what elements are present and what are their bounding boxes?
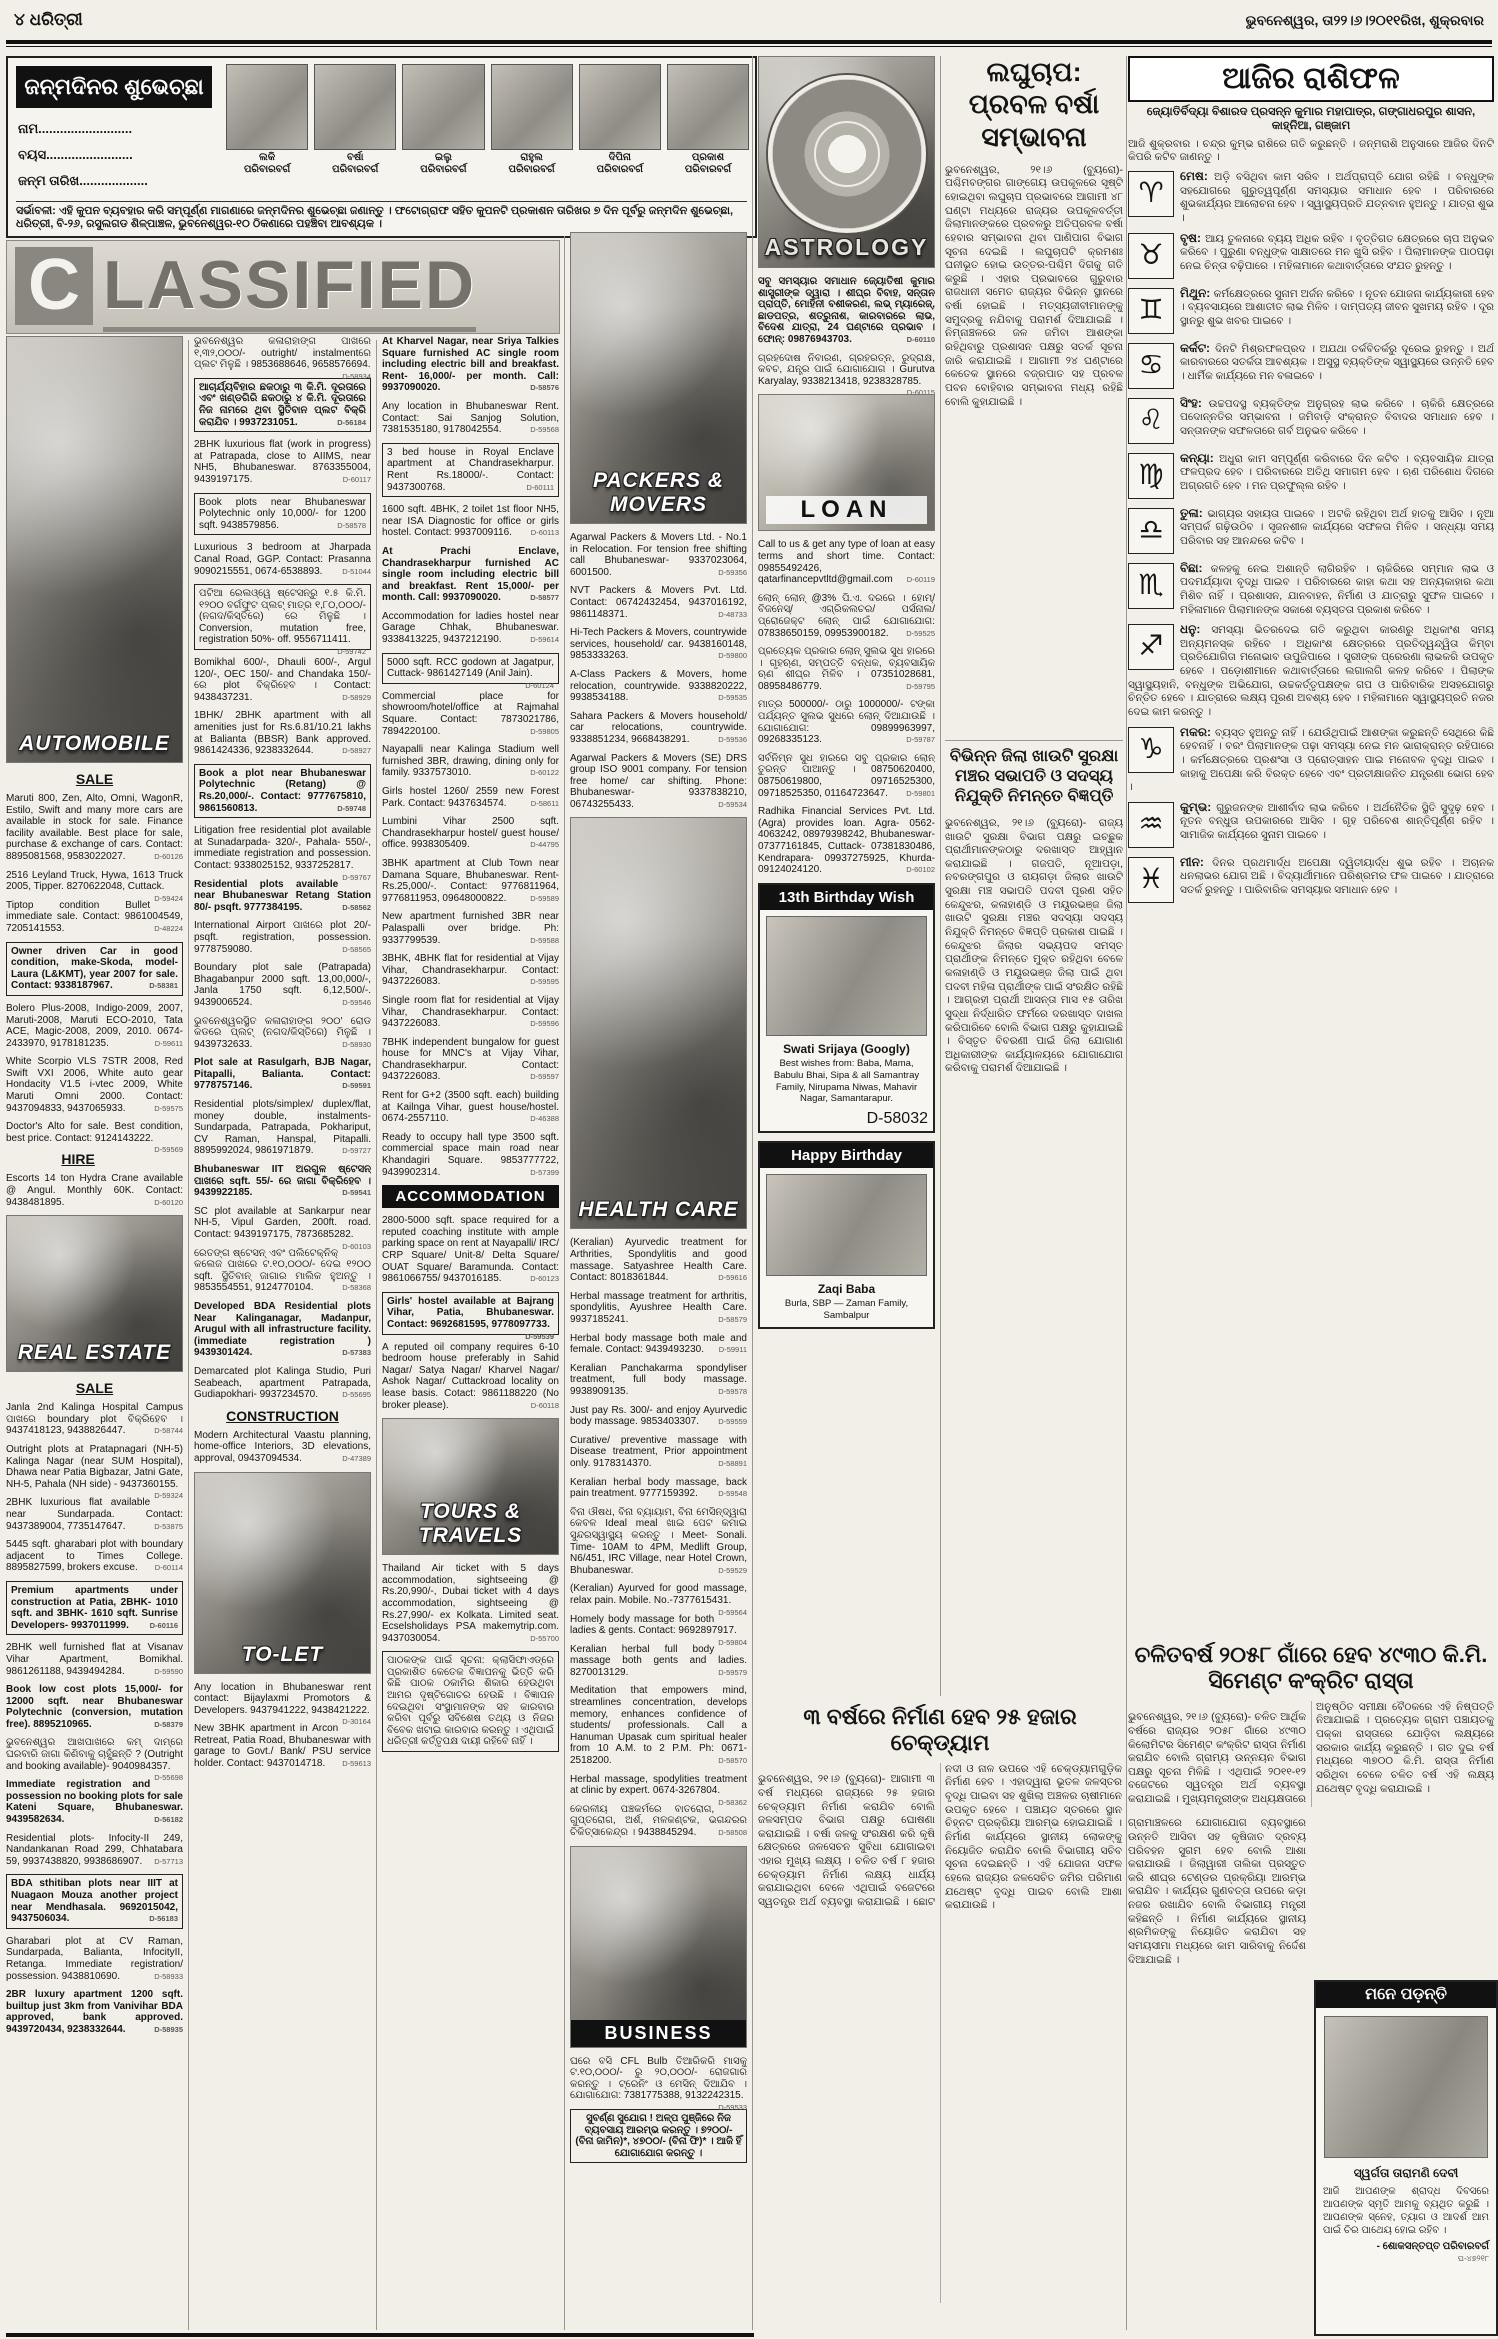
ad-code: D-58565 [342,946,371,955]
child-photo [579,64,661,150]
classified-column-3: At Kharvel Nagar, near Sriya Talkies Squ… [382,336,559,2332]
child-name: ପ୍ରକାଶ [667,152,749,164]
classified-ad: ଲୋନ୍ ଲୋନ୍ @3% ପି.ଏ. ଦରରେ । ହୋମ୍/ ବିଜନେସ୍… [758,593,935,639]
ad-code: D-59569 [154,1146,183,1155]
sign-name: ଧନୁ: [1180,622,1211,636]
business-banner-image: BUSINESS [570,1846,747,2048]
ad-code: D-59578 [718,1388,747,1397]
health-banner-image: HEALTH CARE [570,817,747,1229]
ad-code: D-58935 [154,2026,183,2035]
ad-text: ସୁବର୍ଣ୍ଣ ସୁଯୋଗ ! ଅଳ୍ପ ପୁଞ୍ଜିରେ ନିଜ ବ୍ୟବସ… [575,2113,741,2159]
classified-ad: At Prachi Enclave, Chandrasekharpur furn… [382,546,559,604]
ad-code: D-60103 [342,1243,371,1252]
zodiac-10-icon: ♑ [1128,727,1174,773]
ad-code: D-58562 [342,904,371,913]
ad-code: D-59535 [718,694,747,703]
classified-ad: Bomikhal 600/-, Dhauli 600/-, Argul 120/… [194,657,371,703]
ad-code: D-60102 [906,866,935,875]
ad-code: D-59767 [342,874,371,883]
ad-code: D-58934 [342,373,371,382]
sign-name: ମୀନ: [1180,855,1212,869]
classified-ad: ଭୁବନେଶ୍ୱର କଳାରାହାଙ୍ଗ ପାଖରେ ୧,୩୨,୦୦୦/- ou… [194,336,371,371]
sign-name: ବୃଷ: [1180,231,1205,245]
ad-code: D-59611 [155,1040,183,1049]
ad-code: D-59591 [342,1082,371,1091]
ad-code: D-59548 [718,1490,747,1499]
ad-code: D-60126 [154,853,183,862]
wish-message: Best wishes from: Baba, Mama, Babulu Bha… [760,1056,933,1111]
wish-name: Swati Srijaya (Googly) [760,1042,933,1056]
classified-ad: Rent for G+2 (3500 sqft. each) building … [382,1090,559,1125]
coupon-photo-item: ଇଲୁପରିବାରବର୍ଗ [402,64,484,182]
ad-code: D-59541 [342,1189,371,1198]
ad-code: D-59536 [718,736,747,745]
automobile-banner-label: AUTOMOBILE [7,732,182,756]
ad-text: ଗ୍ରହଦୋଷ ନିବାରଣ, ଗ୍ରହରତ୍ନ, ରୁଦ୍ରାକ୍ଷ, କବଚ… [758,353,935,387]
classified-ad: A reputed oil company requires 6-10 bedr… [382,1342,559,1412]
classified-ad: ଆଚାର୍ଯ୍ୟବିହାର ଛକଠାରୁ ୩ କି.ମି. ଦୂରତାରେ ଏବ… [194,378,371,432]
classified-ad: 5445 sqft. gharabari plot with boundary … [6,1539,183,1574]
classified-ad: 7BHK independent bungalow for guest hous… [382,1037,559,1083]
sign-name: କୁମ୍ଭ: [1180,800,1216,814]
article-headline: ବିଭିନ୍ନ ଜିଲା ଖାଉଟି ସୁରକ୍ଷା ମଞ୍ଚର ସଭାପତି … [945,740,1123,806]
classified-ad: Doctor's Alto for sale. Best condition, … [6,1121,183,1144]
classified-ad: Herbal massage treatment for arthritis, … [570,1291,747,1326]
child-name: ଲକି [226,152,308,164]
classified-ad: ଘରେ ବସି CFL Bulb ତିଆରିକରି ମାସକୁ ଟ.୧୦,୦୦୦… [570,2056,747,2102]
classified-ad: Book low cost plots 15,000/- for 12000 s… [6,1684,183,1730]
ad-code: D-59613 [342,1760,371,1769]
horoscope-entries: ♈ମେଷ: ଅଡ଼ି ବସିଥିବା କାମ ସରିବ । ଅର୍ଥପ୍ରାପ୍… [1128,169,1494,905]
classified-ad: (Keralian) Ayurvedic treatment for Arthr… [570,1237,747,1283]
classified-ad: 3BHK apartment at Club Town near Damana … [382,858,559,904]
coupon-photo-item: ବର୍ଷାପରିବାରବର୍ଗ [314,64,396,182]
article-body-continued: ଗ୍ରାମାଞ୍ଚଳରେ ଯୋଗାଯୋଗ ବ୍ୟବସ୍ଥାରେ ଉନ୍ନତି ଆ… [1128,1817,1306,1967]
classified-ad: Developed BDA Residential plots Near Kal… [194,1301,371,1359]
ad-text: Any location in Bhubaneswar rent contact… [194,1682,371,1716]
memorial-title: ମନେ ପଡ଼ନ୍ତି [1316,1982,1496,2008]
article-headline: ୩ ବର୍ଷରେ ନିର୍ମାଣ ହେବ ୨୫ ହଜାର ଚେକ୍‌ଡ୍ୟାମ [758,1704,1122,1757]
ad-code: D-59800 [718,652,747,661]
ad-text: Thailand Air ticket with 5 days accommod… [382,1563,559,1644]
child-name: ରାହୁଲ [491,152,573,164]
ad-code: D-59529 [718,1567,747,1576]
classified-ad: Call to us & get any type of loan at eas… [758,539,935,585]
coupon-photo-item: ଦିପିନାପରିବାରବର୍ଗ [579,64,661,182]
memorial-name: ସ୍ୱର୍ଗତା ତାରାମଣି ଦେବୀ [1316,2166,1496,2181]
classified-ad: At Kharvel Nagar, near Sriya Talkies Squ… [382,336,559,394]
family-label: ପରିବାରବର୍ଗ [491,164,573,176]
automobile-photo [7,337,182,762]
horoscope-entry: ♍କନ୍ୟା: ଅଧୁରା କାମ ସମ୍ପୂର୍ଣ୍ଣ କରିବାରେ ଦିନ… [1128,451,1494,501]
ad-code: D-59588 [530,937,559,946]
edition-dateline: ଭୁବନେଶ୍ୱର, ତା୨୨।୬।୨୦୧୧ରିଖ, ଶୁକ୍ରବାର [1246,12,1484,29]
zodiac-wheel-icon [768,75,926,233]
classified-ad: Book a plot near Bhubaneswar Polytechnic… [194,764,371,818]
classified-ad: Agarwal Packers & Movers Ltd. - No.1 in … [570,532,747,578]
family-label: ପରିବାରବର୍ଗ [226,164,308,176]
column-rule [188,340,189,2330]
ad-code: D-59590 [154,1668,183,1677]
wish-message: Burla, SBP — Zaman Family, Sambalpur [760,1296,933,1327]
birthday-wish-box: Happy BirthdayZaqi BabaBurla, SBP — Zama… [758,1141,935,1329]
classified-ad: Maruti 800, Zen, Alto, Omni, WagonR, Est… [6,793,183,863]
sign-name: ମକର: [1180,725,1215,739]
ad-code: D-60114 [155,1564,183,1573]
ad-code: D-59804 [718,1639,747,1648]
classified-ad: BDA sthitiban plots near IIIT at Nuagaon… [6,1874,183,1928]
column-rule [752,56,753,2330]
ad-code: D-58576 [530,384,559,393]
zodiac-1-icon: ♈ [1128,171,1174,217]
classified-ad: ପଟିଆ ରେଲଓ୍ୱେ ଷ୍ଟେସନ୍‌ରୁ ୧.୫ କି.ମି. ୧୨୦୦ … [194,584,371,650]
family-label: ପରିବାରବର୍ଗ [402,164,484,176]
child-name: ଦିପିନା [579,152,661,164]
packers-banner-label: PACKERS & MOVERS [571,469,746,517]
ad-text: 2516 Leyland Truck, Hywa, 1613 Truck 200… [6,870,183,893]
tours-banner-image: TOURS & TRAVELS [382,1418,559,1555]
classified-ad: New 3BHK apartment in Arcon Retreat, Pat… [194,1723,371,1769]
tolet-banner-image: TO-LET [194,1472,371,1674]
ad-code: D-59597 [530,1073,559,1082]
classified-ad: ଗ୍ରହଦୋଷ ନିବାରଣ, ଗ୍ରହରତ୍ନ, ରୁଦ୍ରାକ୍ଷ, କବଚ… [758,353,935,388]
classified-ad: Lumbini Vihar 2500 sqft. Chandrasekharpu… [382,816,559,851]
section-header: ACCOMMODATION [382,1185,559,1208]
classified-ad: 2800-5000 sqft. space required for a rep… [382,1215,559,1285]
classified-ad: Luxurious 3 bedroom at Jharpada Canal Ro… [194,542,371,577]
horoscope-intro: ଆଜି ଶୁକ୍ରବାର । ଚନ୍ଦ୍ର କୁମ୍ଭ ରାଶିରେ ଗତି କ… [1128,138,1494,165]
ad-code: D-58579 [718,1316,747,1325]
classified-ad: Premium apartments under construction at… [6,1581,183,1635]
classified-ad: Keralian herbal full body massage both g… [570,1644,747,1679]
article-headline: ଲଘୁଚାପ: ପ୍ରବଳ ବର୍ଷା ସମ୍ଭାବନା [945,56,1123,153]
ad-code: D-55695 [342,1391,371,1400]
classified-column-4: PACKERS & MOVERSAgarwal Packers & Movers… [570,232,747,2332]
classified-ad: Just pay Rs. 300/- and enjoy Ayurvedic b… [570,1405,747,1428]
classified-ad: ସବୁ ସମସ୍ୟାର ସମାଧାନ ଜ୍ୟୋତିଷୀ କୁମାର ଶାସ୍ତ୍… [758,276,935,346]
classified-ad: Thailand Air ticket with 5 days accommod… [382,1563,559,1644]
child-photo [226,64,308,150]
classified-ad: Girls hostel 1260/ 2559 new Forest Park.… [382,786,559,809]
classified-ad: SC plot available at Sankarpur near NH-5… [194,1206,371,1241]
sign-name: ତୁଳା: [1180,506,1207,520]
ad-code: D-59727 [342,1147,371,1156]
classified-ad: A-Class Packers & Movers, home relocatio… [570,669,747,704]
zodiac-2-icon: ♉ [1128,233,1174,279]
ad-code: D-56183 [149,1915,178,1924]
classified-ad: Girls' hostel available at Bajrang Vihar… [382,1292,559,1335]
realestate-banner-image: REAL ESTATE [6,1215,183,1372]
classified-ad: Herbal massage, spodylities treatment at… [570,1774,747,1797]
article-body: ଭୁବନେଶ୍ୱର, ୨୧।୬ (ବ୍ୟୁରୋ)- ଚଳିତ ଆର୍ଥିକ ବର… [1128,1701,1494,1807]
business-banner-label: BUSINESS [571,2020,746,2047]
horoscope-entry: ♉ବୃଷ: ଆୟ ତୁଳନାରେ ବ୍ୟୟ ଅଧିକ ରହିବ । ବୃତ୍ତି… [1128,231,1494,281]
ad-code: D-59748 [337,805,366,814]
coupon-photo-item: ଲକିପରିବାରବର୍ଗ [226,64,308,182]
coupon-field: ବୟସ........................ [18,142,218,168]
ad-code: D-59595 [530,978,559,987]
ad-code: D-59568 [530,426,559,435]
ad-code: D-30164 [342,1718,371,1727]
horoscope-title: ଆଜିର ରାଶିଫଳ [1128,56,1494,102]
article-body: ଭୁବନେଶ୍ୱର, ୨୧।୬ (ବ୍ୟୁରୋ)- ରାଜ୍ୟ ଖାଉଟି ସୁ… [945,817,1123,1076]
classified-ad: Immediate registration and possession no… [6,1779,183,1825]
ad-code: D-59424 [154,895,183,904]
business-photo [571,1847,746,2047]
article-consumer-forum-notice: ବିଭିନ୍ନ ଜିଲା ଖାଉଟି ସୁରକ୍ଷା ମଞ୍ଚର ସଭାପତି … [945,740,1123,1696]
ad-text: ଭୁବନେଶ୍ୱର ଆଖପାଖରେ କମ୍ ଦାମ୍‌ରେ ଘରବାରି ଜାଗ… [6,1737,183,1771]
section-header: SALE [6,771,183,787]
ad-text: ଭୁବନେଶ୍ୱର କଳାରାହାଙ୍ଗ ପାଖରେ ୧,୩୨,୦୦୦/- ou… [194,336,371,370]
ad-text: ପଟିଆ ରେଲଓ୍ୱେ ଷ୍ଟେସନ୍‌ରୁ ୧.୫ କି.ମି. ୧୨୦୦ … [199,588,366,645]
classified-ad: Gharabari plot at CV Raman, Sundarpada, … [6,1936,183,1982]
classified-ad: Residential plots- Infocity-II 249, Nand… [6,1833,183,1868]
classified-ad: Litigation free residential plot availab… [194,825,371,871]
family-label: ପରିବାରବର୍ଗ [579,164,661,176]
ad-code: D-59356 [718,569,747,578]
zodiac-9-icon: ♐ [1128,624,1174,670]
ad-code: D-57383 [342,1349,371,1358]
zodiac-11-icon: ♒ [1128,802,1174,848]
horoscope-entry: ♐ଧନୁ: ସମସ୍ୟା ଭିତରଦେଇ ଗତି କରୁଥିବା କାରଣରୁ … [1128,622,1494,719]
classified-column-1: AUTOMOBILESALEMaruti 800, Zen, Alto, Omn… [6,336,183,2332]
ad-code: D-58744 [154,1427,183,1436]
ad-text: Homely body massage for both ladies & ge… [570,1614,737,1637]
zodiac-6-icon: ♍ [1128,453,1174,499]
classified-ad: Agarwal Packers & Movers (SE) DRS group … [570,753,747,811]
ad-code: D-44795 [530,841,559,850]
ad-code: D-58570 [718,1757,747,1766]
coupon-photo-item: ରାହୁଲପରିବାରବର୍ଗ [491,64,573,182]
ad-code: D-59616 [718,1274,747,1283]
classified-ad: ଭୁବନେଶ୍ୱରସ୍ଥିତ କଳାରାହାଙ୍ଗ ୨୦୦' ରୋଡ କଡରେ … [194,1016,371,1051]
coupon-terms: ସର୍ଭାବଳୀ: ଏହି କୁପନ ବ୍ୟବହାର କରି ସମ୍ପୂର୍ଣ୍… [16,201,747,233]
classified-ad: ପ୍ରତ୍ୟେକ ପ୍ରକାର ଲୋନ୍ ସୁଲଭ ସୁଧ ହାରରେ । ଗୃ… [758,646,935,692]
ad-code: D-47389 [342,1455,371,1464]
sign-name: ମିଥୁନ: [1180,286,1214,300]
ad-code: D-59795 [906,683,935,692]
ad-code: D-60124 [525,682,554,691]
loan-astrology-column: ASTROLOGYସବୁ ସମସ୍ୟାର ସମାଧାନ ଜ୍ୟୋତିଷୀ କୁମ… [758,56,935,1696]
classified-ad: Boundary plot sale (Patrapada) Bhagabanp… [194,962,371,1008]
child-photo [402,64,484,150]
classified-ad: 5000 sqft. RCC godown at Jagatpur, Cutta… [382,653,559,684]
article-low-pressure-rain: ଲଘୁଚାପ: ପ୍ରବଳ ବର୍ଷା ସମ୍ଭାବନା ଭୁବନେଶ୍ୱର, … [945,56,1123,736]
ad-code: D-60111 [526,484,554,493]
health-banner-label: HEALTH CARE [571,1198,746,1222]
sign-name: ବିଛା: [1180,561,1211,575]
column-rule [376,340,377,2330]
tolet-banner-label: TO-LET [195,1643,370,1667]
classified-wordmark: LASSIFIED [103,243,476,332]
classified-ad: Escorts 14 ton Hydra Crane available @ A… [6,1173,183,1208]
wish-photo [766,916,927,1036]
horoscope-entry: ♊ମିଥୁନ: କର୍ମକ୍ଷେତ୍ରରେ ସୁନାମ ଅର୍ଜନ କରିବେ … [1128,286,1494,336]
health-photo [571,818,746,1228]
classified-ad: 3 bed house in Royal Enclave apartment a… [382,443,559,497]
coupon-photo-item: ପ୍ରକାଶପରିବାରବର୍ଗ [667,64,749,182]
memorial-box: ମନେ ପଡ଼ନ୍ତି ସ୍ୱର୍ଗତା ତାରାମଣି ଦେବୀ ଆଜି ଆପ… [1314,1980,1498,2336]
family-label: ପରିବାରବର୍ଗ [667,164,749,176]
ad-code: D-55700 [530,1635,559,1644]
ad-code: D-58929 [342,694,371,703]
daily-horoscope: ଆଜିର ରାଶିଫଳ ଜ୍ୟୋତିର୍ବିଦ୍ୟା ବିଶାରଦ ପ୍ରସନ୍… [1128,56,1494,1636]
zodiac-4-icon: ♋ [1128,343,1174,389]
ad-code: D-60122 [530,769,559,778]
classified-ad: NVT Packers & Movers Pvt. Ltd. Contact: … [570,585,747,620]
classified-ad: 2BHK well furnished flat at Visanav Viha… [6,1642,183,1677]
ad-code: D-48733 [718,611,747,620]
ad-text: (Keralian) Ayurved for good massage, rel… [570,1583,747,1606]
ad-code: D-59805 [530,728,559,737]
ad-text: ଘରେ ବସି CFL Bulb ତିଆରିକରି ମାସକୁ ଟ.୧୦,୦୦୦… [570,2056,747,2102]
classified-ad: Tiptop condition Bullet immediate sale. … [6,900,183,935]
horoscope-entry: ♑ମକର: ବ୍ୟସ୍ତ ହୁଅନ୍ତୁ ନାହିଁ । ଯେଉଁଥିପାଇଁ … [1128,725,1494,795]
ad-code: D-57713 [154,1858,183,1867]
classified-ad: Modern Architectural Vaastu planning, ho… [194,1430,371,1465]
ad-text: Outright plots at Pratapnagari (NH-5) Ka… [6,1444,183,1490]
classified-ad: ପାଠକଙ୍କ ପାଇଁ ସୂଚନା: କ୍ଲାସିଫାଏଡ୍‌ରେ ପ୍ରକା… [382,1651,559,1752]
column-rule [564,236,565,2330]
ad-code: D-59801 [906,790,935,799]
classified-ad: Accommodation for ladies hostel near Gar… [382,611,559,646]
classified-column-2: ଭୁବନେଶ୍ୱର କଳାରାହାଙ୍ଗ ପାଖରେ ୧,୩୨,୦୦୦/- ou… [194,336,371,2332]
packers-banner-image: PACKERS & MOVERS [570,232,747,524]
ad-code: D-58368 [342,1284,371,1293]
memorial-photo [1324,2016,1488,2158]
horoscope-entry: ♈ମେଷ: ଅଡ଼ି ବସିଥିବା କାମ ସରିବ । ଅର୍ଥପ୍ରାପ୍… [1128,169,1494,226]
ad-code: D-59596 [530,1020,559,1029]
ad-code: D-60123 [530,1275,559,1284]
column-rule [1126,56,1127,2330]
ad-code: D-58578 [337,522,366,531]
coupon-photos: ଲକିପରିବାରବର୍ଗବର୍ଷାପରିବାରବର୍ଗଇଲୁପରିବାରବର୍… [226,64,749,182]
classified-ad: (Keralian) Ayurved for good massage, rel… [570,1583,747,1606]
article-check-dams: ୩ ବର୍ଷରେ ନିର୍ମାଣ ହେବ ୨୫ ହଜାର ଚେକ୍‌ଡ୍ୟାମ … [758,1704,1122,2332]
classified-ad: 3BHK, 4BHK flat for residential at Vijay… [382,953,559,988]
ad-code: D-59614 [530,636,559,645]
ad-code: D-59534 [718,801,747,810]
family-label: ପରିବାରବର୍ଗ [314,164,396,176]
child-photo [491,64,573,150]
ad-code: D-48224 [154,925,183,934]
zodiac-12-icon: ♓ [1128,857,1174,903]
coupon-field: ନାମ.......................... [18,116,218,142]
ad-code: D-60119 [907,576,935,585]
ad-code: D-59787 [906,736,935,745]
zodiac-7-icon: ♎ [1128,508,1174,554]
classified-ad: Janla 2nd Kalinga Hospital Campus ପାଖରେ … [6,1402,183,1437]
classified-ad: Outright plots at Pratapnagari (NH-5) Ka… [6,1444,183,1490]
horoscope-entry: ♋କର୍କଟ: ଦିନଟି ମିଶ୍ରଫଳପ୍ରଦ । ଅଯଥା ତର୍କବିତ… [1128,341,1494,391]
ad-text: Herbal massage, spodylities treatment at… [570,1774,747,1797]
ad-code: D-58891 [718,1460,747,1469]
coupon-fields: ନାମ..........................ବୟସ........… [18,116,218,194]
classified-ad: Plot sale at Rasulgarh, BJB Nagar, Pitap… [194,1057,371,1092]
ad-code: D-59911 [719,1346,747,1355]
classified-ad: Commercial place for showroom/hotel/offi… [382,691,559,737]
ad-code: D-59539 [525,1333,554,1342]
loan-banner-label: LOAN [766,496,927,524]
classified-ad: Bolero Plus-2008, Indigo-2009, 2007, Mar… [6,1003,183,1049]
classified-ad: ମାତ୍ର 500000/- ଠାରୁ 1000000/- ଟଙ୍କା ପର୍ଯ… [758,699,935,745]
article-headline: ଚଳିତବର୍ଷ ୨୦୫୮ ଗାଁରେ ହେବ ୪୯୩୦ କି.ମି. ସିମେ… [1128,1642,1494,1695]
classified-initial: C [15,247,93,325]
zodiac-8-icon: ♏ [1128,563,1174,609]
column-rule [940,56,941,1696]
ad-code: D-56184 [337,419,366,428]
classified-ad: 2BHK luxurious flat (work in progress) a… [194,439,371,485]
section-header: CONSTRUCTION [194,1408,371,1424]
classified-ad: Radhika Financial Services Pvt. Ltd. (Ag… [758,806,935,876]
ad-code: D-57399 [530,1169,559,1178]
classified-ad: Demarcated plot Kalinga Studio, Puri Sea… [194,1366,371,1401]
classified-ad: Ready to occupy hall type 3500 sqft. com… [382,1132,559,1178]
sign-name: ମେଷ: [1180,169,1214,183]
memorial-ad-code: ଘ-୪୭୨୧୮ [1316,2252,1496,2266]
classified-ad: 1600 sqft. 4BHK, 2 toilet 1st floor NH5,… [382,504,559,539]
child-name: ବର୍ଷା [314,152,396,164]
child-photo [314,64,396,150]
classified-ad: Residential plots available near Bhubane… [194,879,371,914]
ad-code: D-53875 [154,1523,183,1532]
classified-ad: 1BHK/ 2BHK apartment with all amenities … [194,710,371,756]
wish-header: 13th Birthday Wish [760,885,933,910]
ad-text: ପାଠକଙ୍କ ପାଇଁ ସୂଚନା: କ୍ଲାସିଫାଏଡ୍‌ରେ ପ୍ରକା… [387,1655,554,1747]
child-name: ଇଲୁ [402,152,484,164]
automobile-banner-image: AUTOMOBILE [6,336,183,763]
ad-code: D-58927 [342,747,371,756]
horoscope-entry: ♎ତୁଳା: ଭାଗ୍ୟର ସହାୟତା ପାଇବେ । ଅଟକି ରହିଥିବ… [1128,506,1494,556]
newspaper-page: ୪ ଧରିତ୍ରୀ ଭୁବନେଶ୍ୱର, ତା୨୨।୬।୨୦୧୧ରିଖ, ଶୁକ… [0,0,1498,2339]
ad-code: D-58577 [530,594,559,603]
zodiac-5-icon: ♌ [1128,398,1174,444]
ad-code: D-59324 [154,1492,183,1501]
coupon-field: ଜନ୍ମ ତାରିଖ................... [18,168,218,194]
classified-ad: Any location in Bhubaneswar Rent. Contac… [382,401,559,436]
realestate-banner-label: REAL ESTATE [7,1341,182,1365]
horoscope-entry: ♏ବିଛା: କଳହକୁ ନେଇ ଅଶାନ୍ତି ଲାଗିରହିବ । ଚାକି… [1128,561,1494,618]
ad-code: D-59559 [718,1418,747,1427]
masthead-rule [6,40,1492,47]
ad-code: D-59742 [337,648,366,657]
classified-ad: Nayapalli near Kalinga Stadium well furn… [382,744,559,779]
astrology-banner-label: ASTROLOGY [759,234,934,261]
classified-ad: ସର୍ବନିମ୍ନ ସୁଧ ହାରରେ ସବୁ ପ୍ରକାର ଲୋନ୍ ତୁରନ… [758,753,935,799]
birthday-coupon-box: ଜନ୍ମଦିନର ଶୁଭେଚ୍ଛା ନାମ...................… [6,56,757,238]
ad-text: Litigation free residential plot availab… [194,825,371,871]
ad-text: 5000 sqft. RCC godown at Jagatpur, Cutta… [387,657,554,680]
article-body: ଭୁବନେଶ୍ୱର, ୨୧।୬ (ବ୍ୟୁରୋ)- ପଶ୍ଚିମବଙ୍ଗର ଗା… [945,164,1123,410]
horoscope-byline: ଜ୍ୟୋତିର୍ବିଦ୍ୟା ବିଶାରଦ ପ୍ରସନ୍ନ କୁମାର ମହାପ… [1128,105,1494,134]
masthead: ୪ ଧରିତ୍ରୀ ଭୁବନେଶ୍ୱର, ତା୨୨।୬।୨୦୧୧ରିଖ, ଶୁକ… [0,8,1498,38]
astrology-banner-image: ASTROLOGY [758,56,935,268]
ad-code: D-60110 [907,336,935,345]
classified-ad: 2BHK luxurious flat available near Sunda… [6,1497,183,1532]
loan-banner-image: LOAN [758,394,935,531]
classified-ad: Hi-Tech Packers & Movers, countrywide se… [570,627,747,662]
ad-code: D-60116 [150,1622,178,1631]
classified-ad: Book plots near Bhubaneswar Polytechnic … [194,493,371,536]
page-number-label: ୪ ଧରିତ୍ରୀ [14,10,83,30]
ad-code: D-58032 [760,1110,933,1131]
classified-ad: 2BR luxury apartment 1200 sqft. builtup … [6,1989,183,2035]
ad-code: D-59533 [718,2104,747,2113]
wish-photo [766,1174,927,1276]
ad-text: Meditation that empowers mind, streamlin… [570,1685,747,1766]
classified-ad: Meditation that empowers mind, streamlin… [570,1685,747,1766]
ad-code: D-60117 [343,476,371,485]
